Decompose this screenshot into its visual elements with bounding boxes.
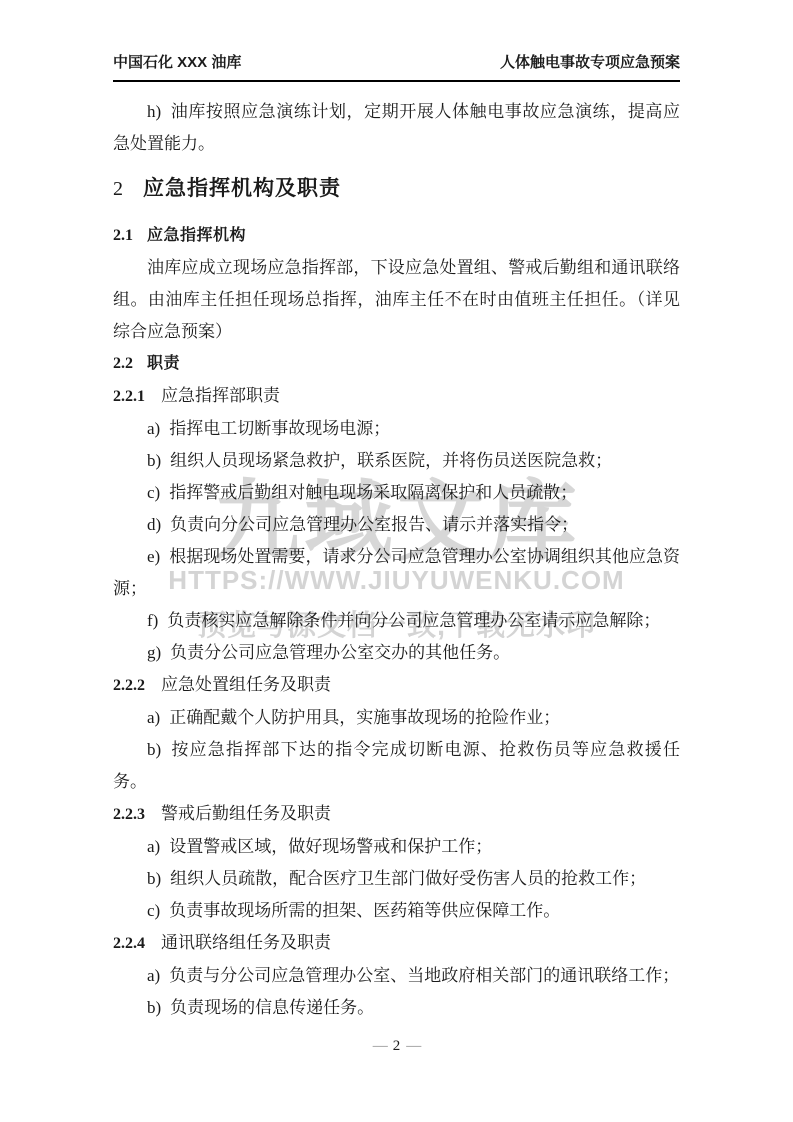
item-text: 指挥警戒后勤组对触电现场采取隔离保护和人员疏散； (169, 483, 577, 502)
list-item: c)指挥警戒后勤组对触电现场采取隔离保护和人员疏散； (113, 477, 680, 509)
item-text: 正确配戴个人防护用具，实施事故现场的抢险作业； (169, 708, 560, 727)
item-text: 负责与分公司应急管理办公室、当地政府相关部门的通讯联络工作； (169, 966, 679, 985)
item-label: b) (147, 998, 161, 1017)
item-label: e) (147, 547, 160, 566)
list-item: h)油库按照应急演练计划，定期开展人体触电事故应急演练，提高应急处置能力。 (113, 96, 680, 160)
list-item: b)按应急指挥部下达的指令完成切断电源、抢救伤员等应急救援任务。 (113, 734, 680, 798)
item-text: 按应急指挥部下达的指令完成切断电源、抢救伤员等应急救援任务。 (113, 740, 680, 791)
item-label: g) (147, 643, 161, 662)
heading-title: 应急指挥部职责 (161, 386, 280, 405)
subsubsection-heading: 2.2.1应急指挥部职责 (113, 380, 680, 413)
item-text: 组织人员疏散，配合医疗卫生部门做好受伤害人员的抢救工作； (170, 869, 646, 888)
item-label: d) (147, 515, 161, 534)
footer-left-dash: — (373, 1038, 387, 1054)
item-text: 负责分公司应急管理办公室交办的其他任务。 (170, 643, 510, 662)
list-item: c)负责事故现场所需的担架、医药箱等供应保障工作。 (113, 895, 680, 927)
subsection-heading: 2.1应急指挥机构 (113, 220, 680, 252)
list-item: g)负责分公司应急管理办公室交办的其他任务。 (113, 637, 680, 669)
item-label: a) (147, 966, 160, 985)
list-item: b)组织人员现场紧急救护，联系医院，并将伤员送医院急救； (113, 445, 680, 477)
heading-number: 2 (113, 178, 123, 200)
page-number: 2 (393, 1038, 401, 1054)
footer-right-dash: — (406, 1038, 420, 1054)
item-text: 负责向分公司应急管理办公室报告、请示并落实指令； (170, 515, 578, 534)
item-label: b) (147, 869, 161, 888)
item-text: 负责现场的信息传递任务。 (170, 998, 374, 1017)
list-item: a)正确配戴个人防护用具，实施事故现场的抢险作业； (113, 702, 680, 734)
item-text: 设置警戒区域，做好现场警戒和保护工作； (169, 837, 492, 856)
item-label: a) (147, 419, 160, 438)
item-label: b) (147, 740, 161, 759)
item-label: h) (147, 102, 161, 121)
item-text: 油库按照应急演练计划，定期开展人体触电事故应急演练，提高应急处置能力。 (113, 102, 680, 153)
heading-title: 应急处置组任务及职责 (161, 675, 331, 694)
header-right-text: 人体触电事故专项应急预案 (500, 52, 680, 74)
list-item: d)负责向分公司应急管理办公室报告、请示并落实指令； (113, 509, 680, 541)
heading-number: 2.2.2 (113, 677, 145, 694)
item-label: f) (147, 611, 158, 630)
subsubsection-heading: 2.2.4通讯联络组任务及职责 (113, 927, 680, 960)
list-item: a)负责与分公司应急管理办公室、当地政府相关部门的通讯联络工作； (113, 960, 680, 992)
paragraph: 油库应成立现场应急指挥部，下设应急处置组、警戒后勤组和通讯联络组。由油库主任担任… (113, 252, 680, 348)
subsection-heading: 2.2职责 (113, 348, 680, 380)
heading-number: 2.2.4 (113, 935, 145, 952)
heading-title: 通讯联络组任务及职责 (161, 933, 331, 952)
section-heading: 2应急指挥机构及职责 (113, 174, 680, 206)
heading-title: 警戒后勤组任务及职责 (161, 804, 331, 823)
list-item: f)负责核实应急解除条件并向分公司应急管理办公室请示应急解除； (113, 605, 680, 637)
subsubsection-heading: 2.2.2应急处置组任务及职责 (113, 669, 680, 702)
page-header: 中国石化 XXX 油库 人体触电事故专项应急预案 (113, 52, 680, 82)
item-text: 组织人员现场紧急救护，联系医院，并将伤员送医院急救； (170, 451, 612, 470)
item-text: 根据现场处置需要，请求分公司应急管理办公室协调组织其他应急资源； (113, 547, 680, 598)
paragraph-text: 油库应成立现场应急指挥部，下设应急处置组、警戒后勤组和通讯联络组。由油库主任担任… (113, 258, 680, 341)
item-text: 负责核实应急解除条件并向分公司应急管理办公室请示应急解除； (167, 611, 660, 630)
header-left-text: 中国石化 XXX 油库 (113, 52, 241, 74)
item-label: c) (147, 901, 160, 920)
item-text: 负责事故现场所需的担架、医药箱等供应保障工作。 (169, 901, 560, 920)
item-label: a) (147, 837, 160, 856)
heading-number: 2.1 (113, 227, 133, 244)
document-body: h)油库按照应急演练计划，定期开展人体触电事故应急演练，提高应急处置能力。2应急… (113, 96, 680, 1024)
heading-title: 应急指挥机构 (147, 227, 246, 244)
item-label: a) (147, 708, 160, 727)
list-item: e)根据现场处置需要，请求分公司应急管理办公室协调组织其他应急资源； (113, 541, 680, 605)
heading-number: 2.2.1 (113, 388, 145, 405)
item-label: c) (147, 483, 160, 502)
heading-number: 2.2 (113, 355, 133, 372)
list-item: a)指挥电工切断事故现场电源； (113, 413, 680, 445)
list-item: b)负责现场的信息传递任务。 (113, 992, 680, 1024)
heading-title: 应急指挥机构及职责 (143, 177, 341, 200)
item-text: 指挥电工切断事故现场电源； (169, 419, 390, 438)
subsubsection-heading: 2.2.3警戒后勤组任务及职责 (113, 798, 680, 831)
document-page: 九域文库 HTTPS://WWW.JIUYUWENKU.COM 预览与源文档一致… (0, 0, 793, 1122)
list-item: a)设置警戒区域，做好现场警戒和保护工作； (113, 831, 680, 863)
list-item: b)组织人员疏散，配合医疗卫生部门做好受伤害人员的抢救工作； (113, 863, 680, 895)
heading-title: 职责 (147, 355, 180, 372)
page-footer: —2— (0, 1036, 793, 1056)
heading-number: 2.2.3 (113, 806, 145, 823)
item-label: b) (147, 451, 161, 470)
